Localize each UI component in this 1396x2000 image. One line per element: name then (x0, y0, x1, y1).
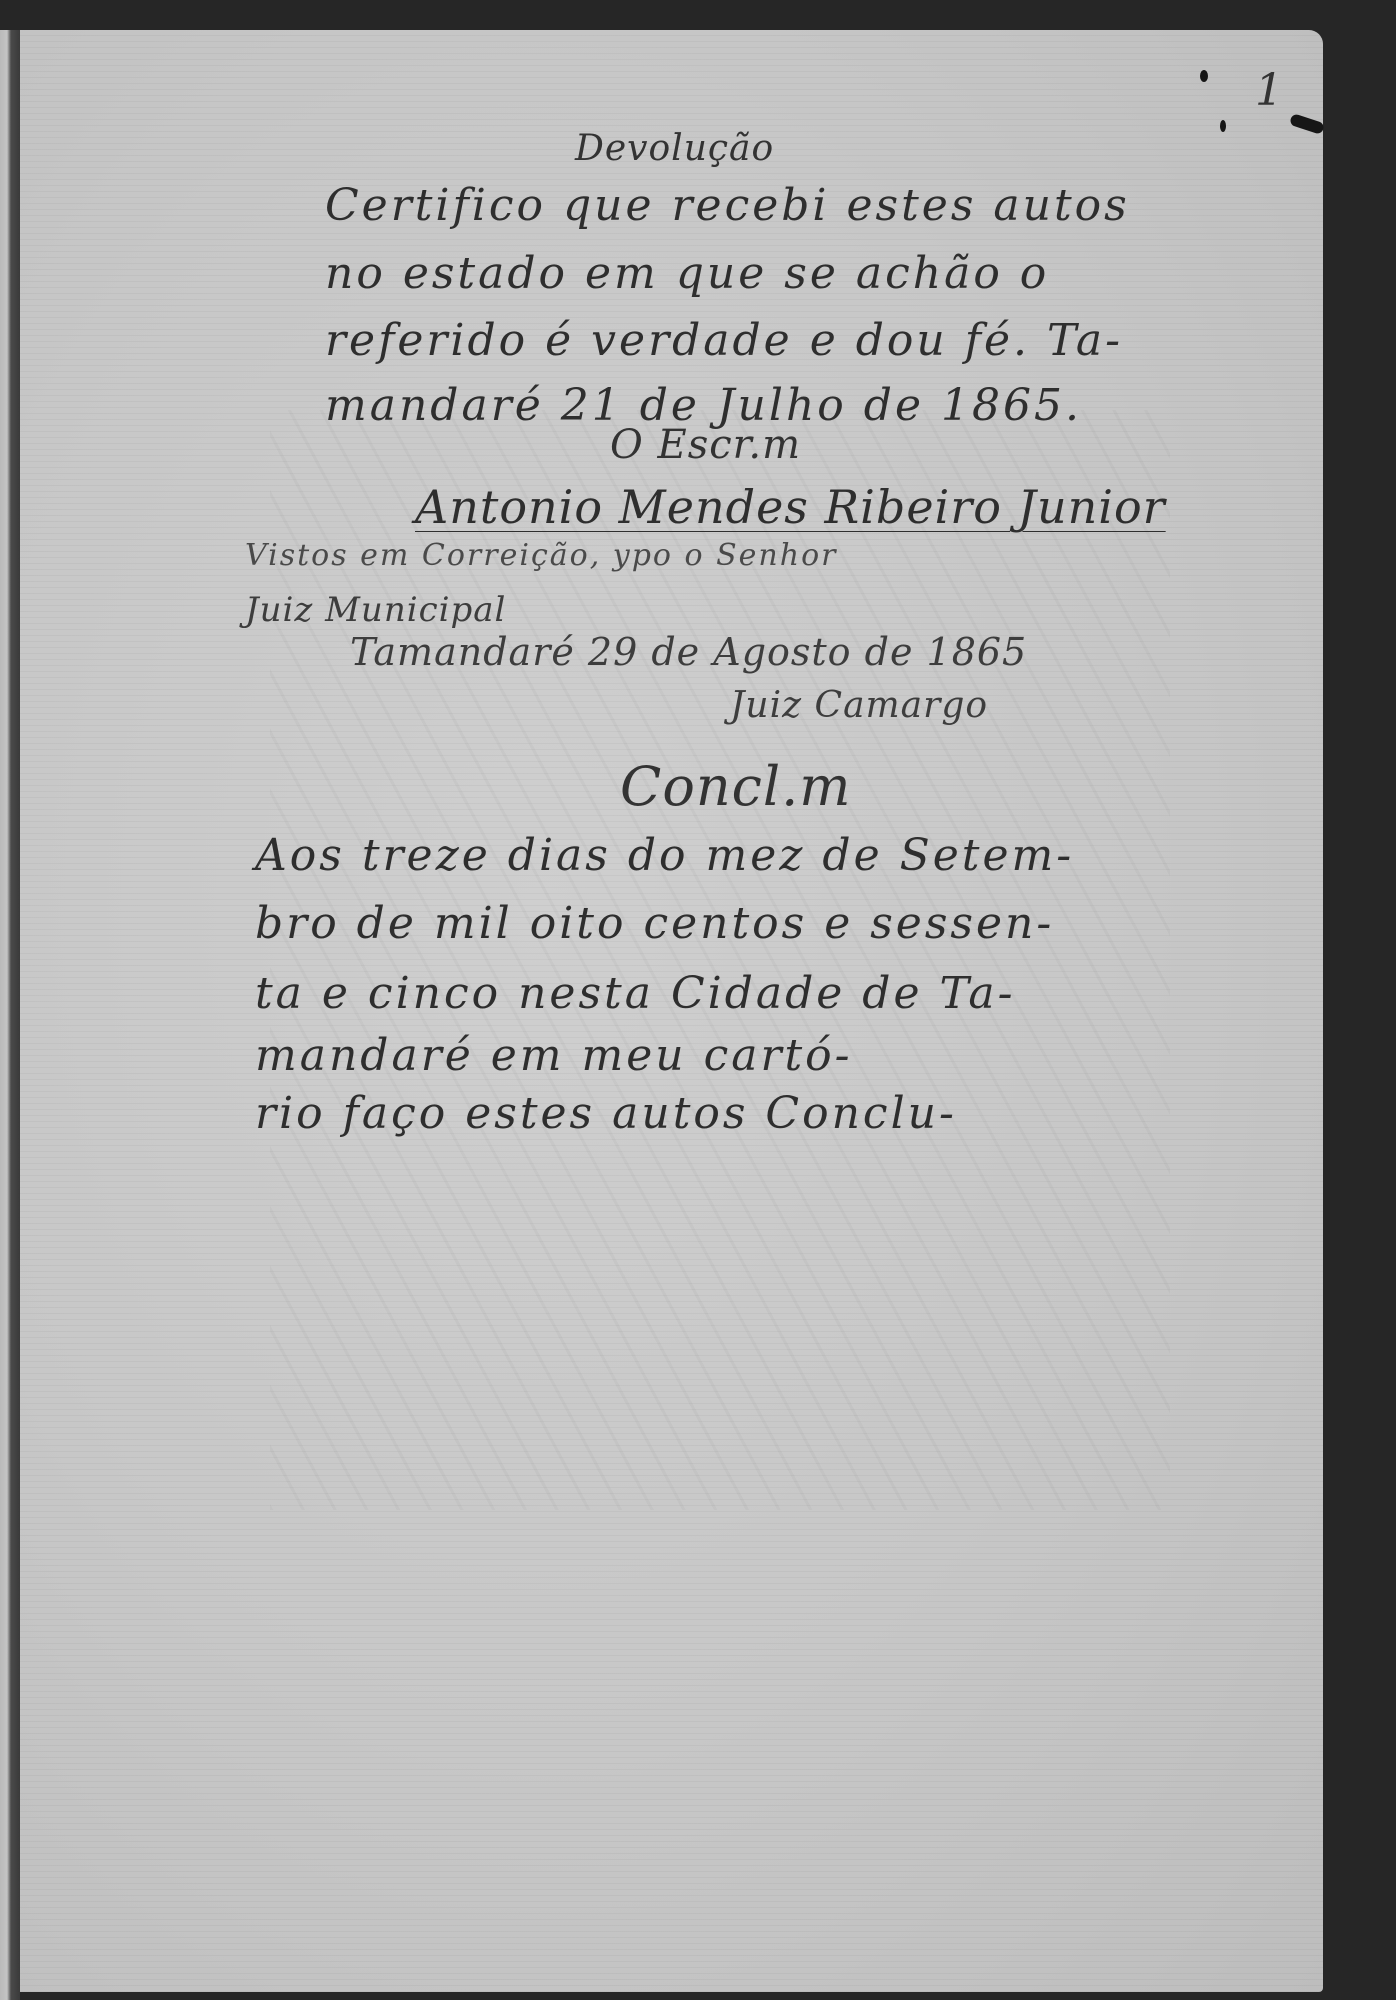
date-line: Tamandaré 29 de Agosto de 1865 (350, 630, 1027, 674)
text-line: mandaré em meu cartó- (255, 1030, 853, 1081)
text-line: no estado em que se achão o (325, 248, 1049, 299)
signature: Antonio Mendes Ribeiro Junior (415, 480, 1166, 534)
page-mark: 1 (1255, 65, 1284, 116)
section-heading: Devolução (575, 128, 774, 169)
text-line: Aos treze dias do mez de Setem- (255, 830, 1074, 881)
page-binding-edge (0, 30, 20, 2000)
text-line: Vistos em Correição, ypo o Senhor (245, 538, 837, 573)
closing-abbreviation: O Escr.m (610, 422, 801, 468)
ink-bleed-through (270, 410, 1170, 1510)
ink-blot (1289, 113, 1325, 135)
text-line: Juiz Municipal (245, 590, 506, 630)
signature: Juiz Camargo (730, 685, 988, 726)
text-line: bro de mil oito centos e sessen- (255, 898, 1054, 949)
text-line: rio faço estes autos Conclu- (255, 1088, 957, 1139)
ink-spot (1200, 70, 1208, 82)
section-heading: Concl.m (620, 755, 852, 818)
text-line: Certifico que recebi estes autos (325, 180, 1130, 231)
text-line: referido é verdade e dou fé. Ta- (325, 315, 1123, 366)
text-line: ta e cinco nesta Cidade de Ta- (255, 968, 1016, 1019)
manuscript-page: 1 Devolução Certifico que recebi estes a… (20, 30, 1323, 1992)
ink-spot (1220, 120, 1226, 132)
